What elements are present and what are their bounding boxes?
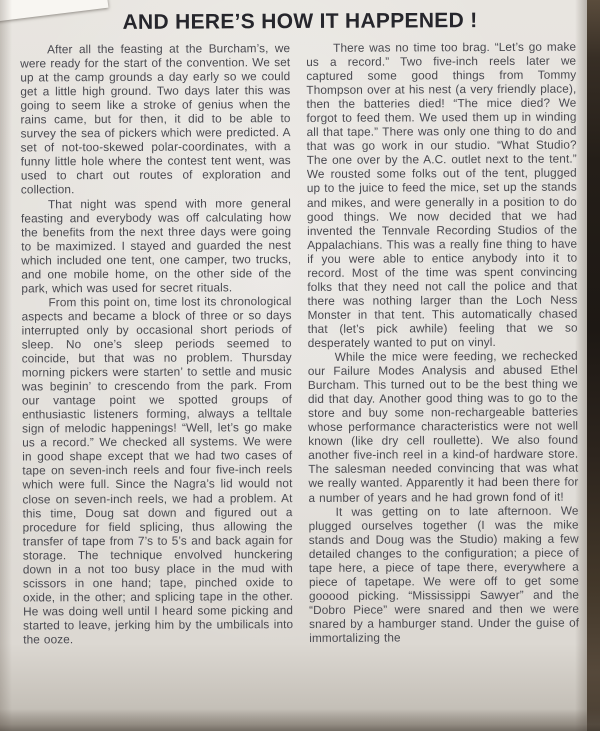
scanned-page: AND HERE’S HOW IT HAPPENED ! After all t… (0, 0, 600, 731)
paragraph: After all the feasting at the Burcham’s,… (20, 41, 291, 197)
paragraph: There was no time too brag. “Let’s go ma… (306, 40, 578, 350)
scan-shadow-bottom (0, 709, 600, 731)
page-title: AND HERE’S HOW IT HAPPENED ! (30, 9, 570, 36)
paragraph: While the mice were feeding, we rechecke… (308, 349, 579, 505)
left-column: After all the feasting at the Burcham’s,… (20, 41, 293, 646)
paragraph: It was getting on to late afternoon. We … (309, 503, 580, 645)
article-columns: After all the feasting at the Burcham’s,… (0, 39, 600, 646)
right-column: There was no time too brag. “Let’s go ma… (306, 40, 579, 645)
paragraph: From this point on, time lost its chrono… (21, 294, 293, 647)
page-content: AND HERE’S HOW IT HAPPENED ! After all t… (0, 0, 600, 647)
scan-edge-right (587, 0, 600, 731)
paragraph: That night was spend with more general f… (21, 196, 292, 296)
